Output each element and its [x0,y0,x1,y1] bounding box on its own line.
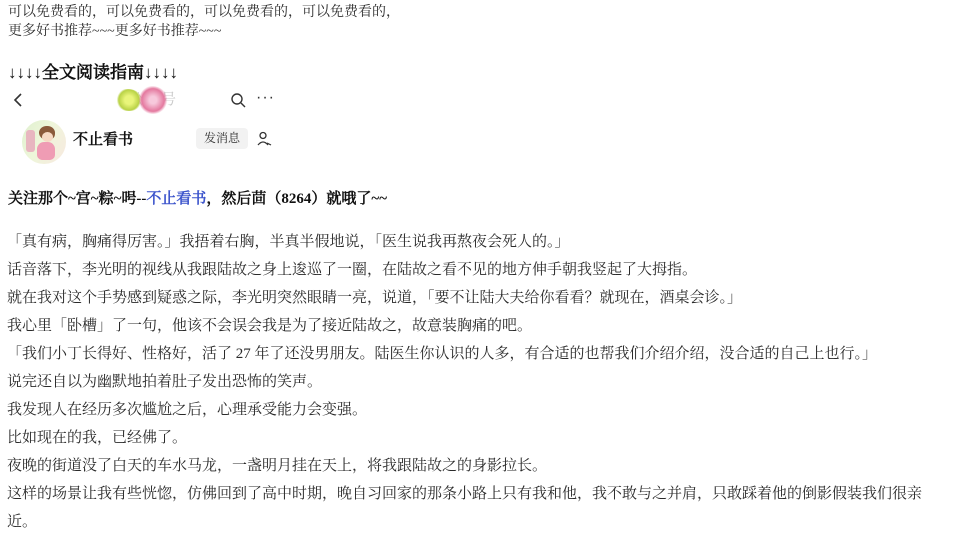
follow-prefix: 关注那个~宫~粽~呺-- [8,191,146,207]
story-body: 「真有病，胸痛得厉害。」我捂着右胸，半真半假地说，「医生说我再熬夜会死人的。」 … [7,228,951,536]
send-message-button[interactable]: 发消息 [196,128,248,149]
nav-title: 公众号 [108,88,198,114]
story-paragraph: 我发现人在经历多次尴尬之后，心理承受能力会变强。 [7,396,951,424]
story-paragraph: 「我们小丁长得好、性格好，活了 27 年了还没男朋友。陆医生你认识的人多，有合适… [7,340,951,368]
account-avatar[interactable] [22,120,66,164]
story-paragraph: 比如现在的我，已经佛了。 [7,424,951,452]
contact-person-icon[interactable] [254,129,274,149]
follow-instruction-line: 关注那个~宫~粽~呺--不止看书，然后茴（8264）就哦了~~ [8,187,387,208]
search-icon[interactable] [229,91,247,109]
avatar-dress-shape [37,142,55,160]
more-options-icon[interactable]: ··· [256,89,280,109]
promo-lines: 可以免费看的，可以免费看的，可以免费看的，可以免费看的， 更多好书推荐~~~更多… [8,3,400,41]
embedded-phone-screenshot: 公众号 ··· 不止看书 发消息 [0,88,300,176]
story-paragraph: 这样的场景让我有些恍惚，仿佛回到了高中时期，晚自习回家的那条小路上只有我和他，我… [7,480,951,536]
flower-sticker-pink-icon [138,86,168,114]
story-paragraph: 「真有病，胸痛得厉害。」我捂着右胸，半真半假地说，「医生说我再熬夜会死人的。」 [7,228,951,256]
novel-reader-page: 可以免费看的，可以免费看的，可以免费看的，可以免费看的， 更多好书推荐~~~更多… [0,0,960,540]
story-paragraph: 夜晚的街道没了白天的车水马龙，一盏明月挂在天上，将我跟陆故之的身影拉长。 [7,452,951,480]
account-name-highlight: 不止看书 [146,191,206,207]
guide-header: ↓↓↓↓全文阅读指南↓↓↓↓ [8,58,178,83]
follow-suffix: ，然后茴（8264）就哦了~~ [206,191,387,207]
story-paragraph: 说完还自以为幽默地拍着肚子发出恐怖的笑声。 [7,368,951,396]
phone-navbar: 公众号 ··· [0,88,300,114]
story-paragraph: 我心里「卧槽」了一句，他该不会误会我是为了接近陆故之，故意装胸痛的吧。 [7,312,951,340]
avatar-background-shape [26,130,35,152]
promo-line-2: 更多好书推荐~~~更多好书推荐~~~ [8,22,400,41]
story-paragraph: 话音落下，李光明的视线从我跟陆故之身上逡巡了一圈，在陆故之看不见的地方伸手朝我竖… [7,256,951,284]
story-paragraph: 就在我对这个手势感到疑惑之际，李光明突然眼睛一亮，说道，「要不让陆大夫给你看看？… [7,284,951,312]
account-name: 不止看书 [73,128,133,149]
back-chevron-icon[interactable] [10,91,28,109]
promo-line-1: 可以免费看的，可以免费看的，可以免费看的，可以免费看的， [8,3,400,22]
avatar-face-shape [42,132,53,142]
